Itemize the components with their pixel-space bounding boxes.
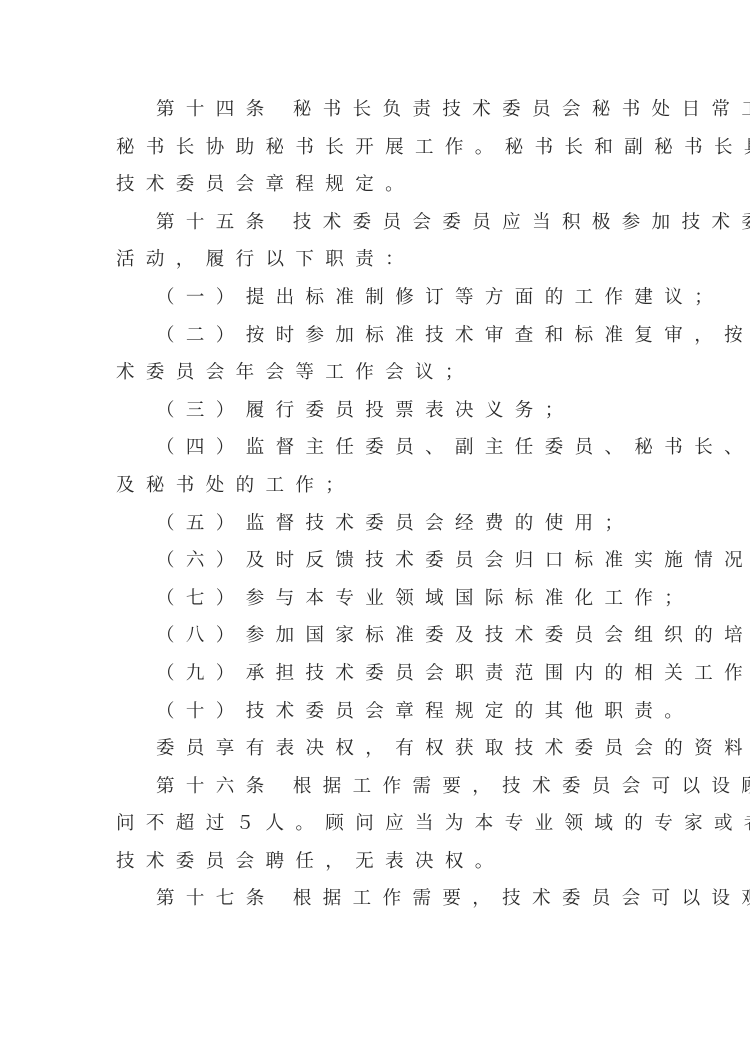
article-16-line-2: 问不超过５人。顾问应当为本专业领域的专家或者学者，由 xyxy=(116,805,636,843)
duty-item-2-line-2: 术委员会年会等工作会议； xyxy=(116,354,636,392)
duty-item-9: （九）承担技术委员会职责范围内的相关工作； xyxy=(116,655,636,693)
duty-item-6: （六）及时反馈技术委员会归口标准实施情况； xyxy=(116,542,636,580)
duty-item-5: （五）监督技术委员会经费的使用； xyxy=(116,505,636,543)
duty-item-1: （一）提出标准制修订等方面的工作建议； xyxy=(116,279,636,317)
document-page: 第十四条 秘书长负责技术委员会秘书处日常工作，副 秘书长协助秘书长开展工作。秘书… xyxy=(116,91,636,918)
voting-rights-paragraph: 委员享有表决权，有权获取技术委员会的资料和文件。 xyxy=(116,730,636,768)
article-15-line-1: 第十五条 技术委员会委员应当积极参加技术委员会的 xyxy=(116,204,636,242)
duty-item-4-line-1: （四）监督主任委员、副主任委员、秘书长、副秘书长 xyxy=(116,429,636,467)
duty-item-4-line-2: 及秘书处的工作； xyxy=(116,467,636,505)
article-16-line-1: 第十六条 根据工作需要，技术委员会可以设顾问，顾 xyxy=(116,768,636,806)
article-14-line-1: 第十四条 秘书长负责技术委员会秘书处日常工作，副 xyxy=(116,91,636,129)
article-14-line-3: 技术委员会章程规定。 xyxy=(116,166,636,204)
article-14-line-2: 秘书长协助秘书长开展工作。秘书长和副秘书长具体职责由 xyxy=(116,129,636,167)
duty-item-2-line-1: （二）按时参加标准技术审查和标准复审，按时参加技 xyxy=(116,317,636,355)
duty-item-3: （三）履行委员投票表决义务； xyxy=(116,392,636,430)
duty-item-7: （七）参与本专业领域国际标准化工作； xyxy=(116,580,636,618)
article-15-line-2: 活动，履行以下职责： xyxy=(116,241,636,279)
duty-item-10: （十）技术委员会章程规定的其他职责。 xyxy=(116,693,636,731)
article-16-line-3: 技术委员会聘任，无表决权。 xyxy=(116,843,636,881)
article-17-line-1: 第十七条 根据工作需要，技术委员会可以设观察员。 xyxy=(116,880,636,918)
duty-item-8: （八）参加国家标准委及技术委员会组织的培训； xyxy=(116,617,636,655)
